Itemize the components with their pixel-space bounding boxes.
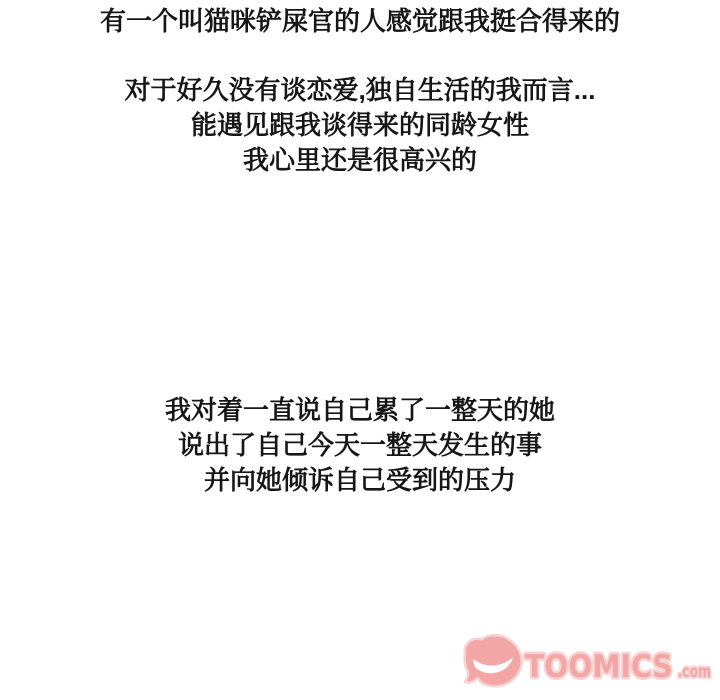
narration-line: 说出了自己今天一整天发生的事: [0, 428, 720, 463]
narration-line: 有一个叫猫咪铲屎官的人感觉跟我挺合得来的: [0, 4, 720, 39]
narration-line: 对于好久没有谈恋爱,独自生活的我而言...: [0, 73, 720, 108]
toomics-brand-text: TOOMICS: [525, 649, 673, 685]
narration-line: 能遇见跟我谈得来的同龄女性: [0, 108, 720, 143]
comic-page: 有一个叫猫咪铲屎官的人感觉跟我挺合得来的 对于好久没有谈恋爱,独自生活的我而言.…: [0, 0, 720, 700]
toomics-watermark: TOOMICS .com: [462, 632, 714, 694]
narration-block-top: 有一个叫猫咪铲屎官的人感觉跟我挺合得来的: [0, 4, 720, 39]
narration-line: 我心里还是很高兴的: [0, 143, 720, 178]
narration-block-middle: 对于好久没有谈恋爱,独自生活的我而言... 能遇见跟我谈得来的同龄女性 我心里还…: [0, 73, 720, 178]
toomics-tld-text: .com: [678, 661, 711, 681]
narration-line: 我对着一直说自己累了一整天的她: [0, 393, 720, 428]
narration-block-lower: 我对着一直说自己累了一整天的她 说出了自己今天一整天发生的事 并向她倾诉自己受到…: [0, 393, 720, 498]
narration-line: 并向她倾诉自己受到的压力: [0, 463, 720, 498]
toomics-grin-face-icon: [465, 635, 522, 686]
